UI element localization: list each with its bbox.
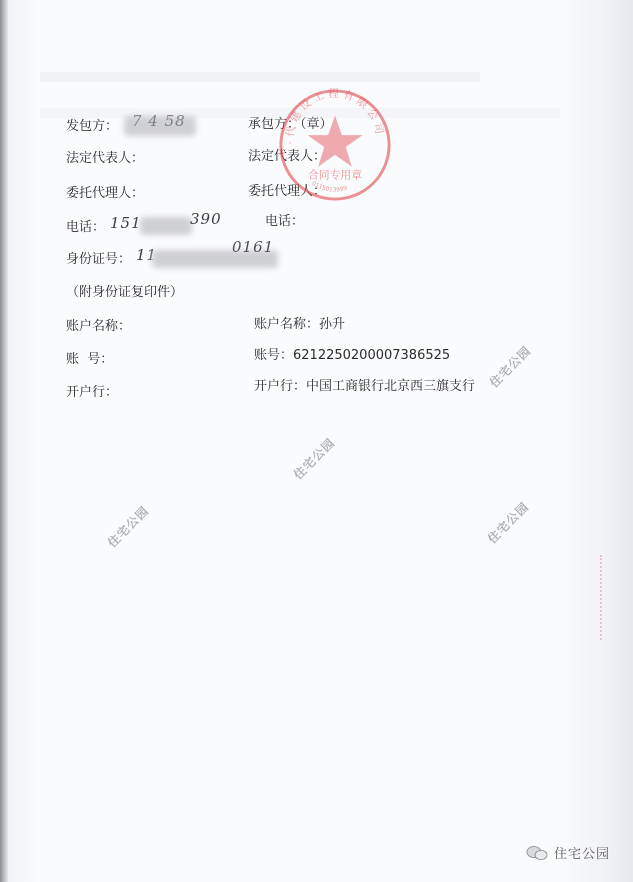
bank-label-left: 开户行：	[66, 385, 118, 401]
watermark: 住宅公园	[290, 434, 339, 483]
watermark: 住宅公园	[104, 502, 153, 551]
wechat-icon	[526, 845, 548, 861]
account-number-label-left: 账 号：	[66, 352, 113, 368]
legal-rep-label-right: 法定代表人：	[248, 149, 326, 165]
footer-brand-text: 住宅公园	[554, 843, 610, 862]
watermark: 住宅公园	[486, 342, 535, 391]
agent-label-left: 委托代理人：	[66, 186, 144, 202]
bank-right: 开户行：中国工商银行北京西三旗支行	[254, 379, 475, 395]
page-binding-edge	[0, 0, 8, 882]
issuer-label: 发包方：	[66, 119, 118, 135]
account-name-right: 账户名称：孙升	[254, 317, 345, 333]
account-number-right: 账号：6212250200007386525	[254, 348, 450, 364]
contractor-label: 承包方：（章）	[248, 117, 333, 133]
id-copy-note: （附身份证复印件）	[66, 285, 183, 301]
id-number-label: 身份证号：	[66, 252, 131, 268]
account-name-label-left: 账户名称：	[66, 319, 131, 335]
issuer-handwriting: 7 4 58	[132, 112, 186, 130]
phone-label-left: 电话：	[66, 220, 105, 236]
edge-seal-fragment	[600, 555, 616, 640]
document-page: 发包方： 7 4 58 法定代表人： 委托代理人： 电话： 151 390 身份…	[0, 0, 633, 882]
legal-rep-label-left: 法定代表人：	[66, 151, 144, 167]
watermark: 住宅公园	[484, 498, 533, 547]
phone-label-right: 电话：	[265, 214, 304, 230]
agent-label-right: 委托代理人：	[248, 184, 326, 200]
footer-brand: 住宅公园	[526, 843, 610, 862]
id-handwriting-suffix: 0161	[232, 238, 274, 256]
phone-redaction	[140, 217, 192, 235]
bleed-through-line	[40, 72, 480, 82]
phone-handwriting-prefix: 151	[110, 214, 142, 232]
phone-handwriting-suffix: 390	[190, 210, 222, 228]
seal-center-text: 合同专用章	[308, 167, 362, 181]
